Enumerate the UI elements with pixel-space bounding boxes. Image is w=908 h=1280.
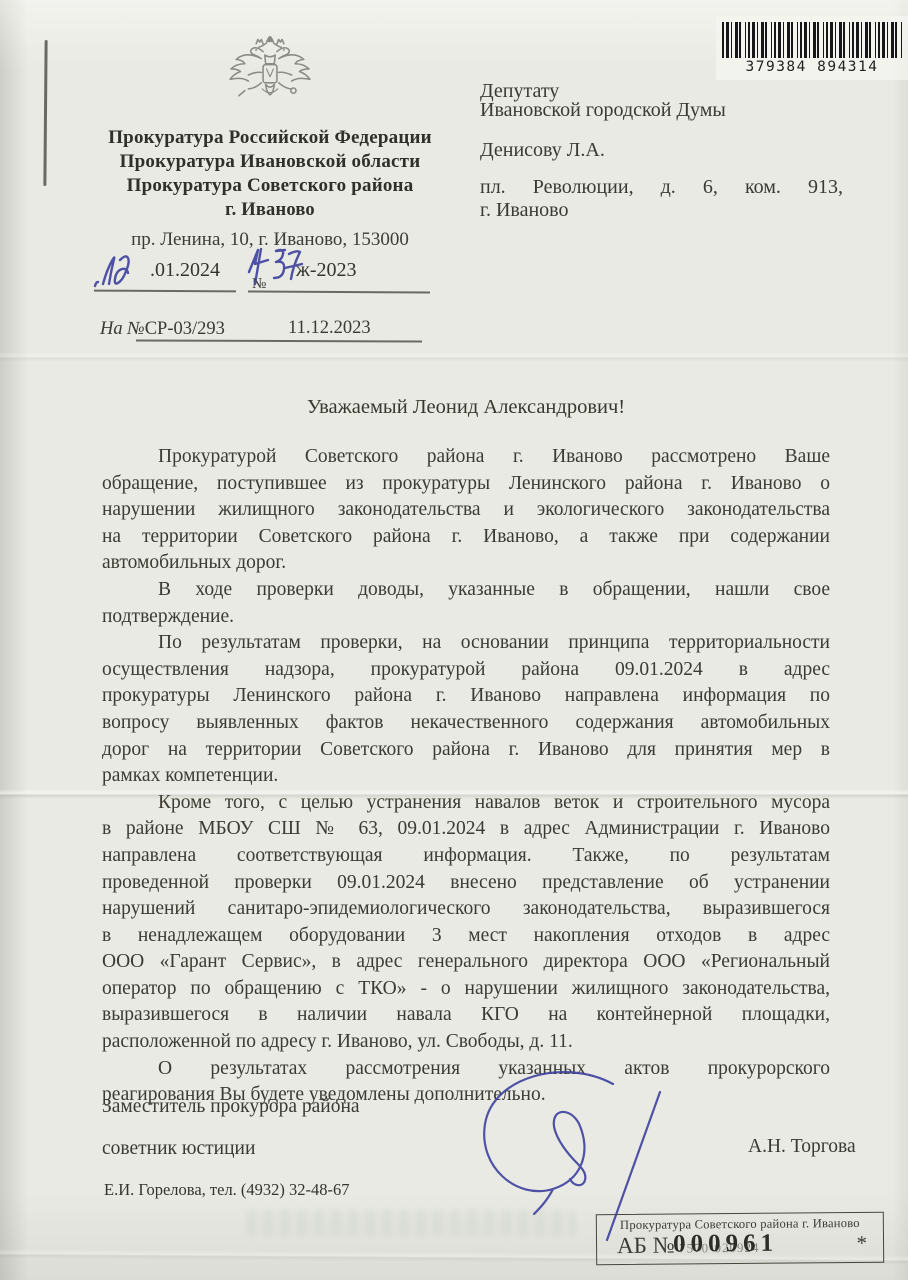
reference-line: На №СР-03/293	[100, 319, 225, 340]
registration-stamp: Прокуратура Советского района г. Иваново…	[596, 1212, 884, 1266]
org-line-3: Прокуратура Советского района	[70, 174, 470, 198]
body-line: оператор по обращению с ТКО» - о нарушен…	[102, 976, 830, 1003]
body-line: автомобильных дорог.	[102, 550, 830, 577]
body-line: рамках компетенции.	[102, 763, 830, 790]
org-line-2: Прокуратура Ивановской области	[70, 150, 470, 174]
org-line-4: г. Иваново	[70, 198, 470, 222]
recipient-block: Депутату Ивановской городской Думы Денис…	[480, 82, 843, 221]
rule-line	[136, 340, 422, 343]
body-line: Кроме того, с целью устранения навалов в…	[102, 790, 830, 817]
salutation: Уважаемый Леонид Александрович!	[102, 396, 830, 419]
outgoing-date-suffix: .01.2024	[150, 259, 220, 282]
coat-of-arms-icon	[218, 30, 322, 120]
body-line: нарушении жилищного законодательства и э…	[102, 497, 830, 524]
page-crease	[0, 352, 908, 362]
recipient-address-line-1: пл. Революции, д. 6, ком. 913,	[480, 176, 843, 199]
letter-body: Прокуратурой Советского района г. Иванов…	[102, 444, 830, 1109]
body-line: нарушений санитаро-эпидемиологического з…	[102, 896, 830, 923]
body-line: выразившегося в наличии навала КГО на ко…	[102, 1002, 830, 1029]
reference-number: СР-03/293	[145, 319, 225, 339]
body-line: проведенной проверки 09.01.2024 внесено …	[102, 870, 830, 897]
signer-title-line-2: советник юстиции	[102, 1138, 255, 1160]
body-line: в ненадлежащем оборудовании 3 мест накоп…	[102, 923, 830, 950]
body-line: вопросу выявленных фактов некачественног…	[102, 710, 830, 737]
stamp-number-row: АБ № 7570-020924 000961 *	[597, 1231, 883, 1263]
body-line: В ходе проверки доводы, указанные в обра…	[102, 577, 830, 604]
outgoing-number-suffix: ж-2023	[296, 259, 356, 282]
body-line: направлена соответствующая информация. Т…	[102, 843, 830, 870]
body-line: прокуратуры Ленинского района г. Иваново…	[102, 683, 830, 710]
recipient-address-line-2: г. Иваново	[480, 199, 843, 221]
handwritten-day	[88, 247, 143, 292]
body-line: подтверждение.	[102, 604, 830, 631]
recipient-line-2: Ивановской городской Думы	[480, 101, 843, 120]
stamp-asterisk: *	[856, 1231, 867, 1256]
stamp-series: АБ №	[617, 1233, 675, 1260]
body-line: ООО «Гарант Сервис», в адрес генеральног…	[102, 949, 830, 976]
body-line: расположенной по адресу г. Иваново, ул. …	[102, 1029, 830, 1056]
body-line: Прокуратурой Советского района г. Иванов…	[102, 444, 830, 471]
recipient-name: Денисову Л.А.	[480, 139, 843, 162]
scan-edge-artifact	[43, 40, 47, 186]
reference-prefix: На №	[100, 319, 145, 339]
scanned-letter-page: Прокуратура Российской Федерации Прокура…	[0, 0, 908, 1280]
reference-date: 11.12.2023	[288, 318, 371, 339]
letterhead: Прокуратура Российской Федерации Прокура…	[70, 30, 470, 251]
stamp-number: 000961	[673, 1230, 778, 1259]
body-line: на территории Советского района г. Ивано…	[102, 524, 830, 551]
body-line: в районе МБОУ СШ № 63, 09.01.2024 в адре…	[102, 816, 830, 843]
barcode: 379384 894314	[716, 16, 908, 80]
handwritten-number	[240, 242, 304, 292]
body-line: осуществления надзора, прокуратурой райо…	[102, 657, 830, 684]
executor-contact: Е.И. Горелова, тел. (4932) 32-48-67	[104, 1180, 350, 1200]
barcode-bars-icon	[722, 22, 902, 58]
body-line: дорог на территории Советского района г.…	[102, 737, 830, 764]
body-line: обращение, поступившее из прокуратуры Ле…	[102, 471, 830, 498]
signer-title-line-1: Заместитель прокурора района	[102, 1096, 360, 1118]
signer-name: А.Н. Торгова	[748, 1136, 856, 1158]
org-line-1: Прокуратура Российской Федерации	[70, 126, 470, 150]
barcode-digits: 379384 894314	[716, 59, 908, 75]
body-line: По результатам проверки, на основании пр…	[102, 630, 830, 657]
rule-line	[248, 291, 430, 294]
ink-transfer-smudge	[246, 1210, 576, 1236]
